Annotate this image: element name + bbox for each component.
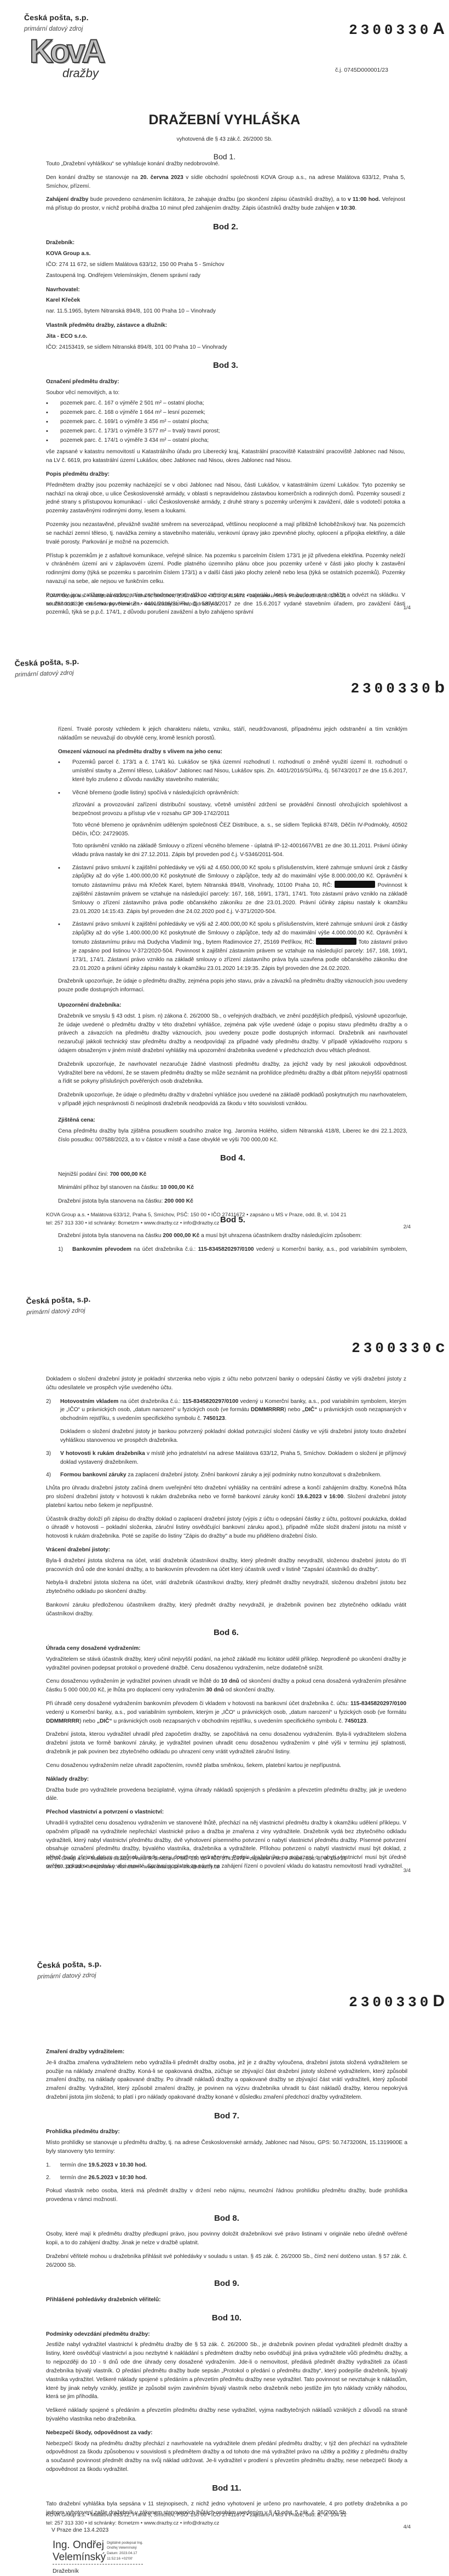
description-continuation: řízení. Trvalé porosty vzhledem k jejich… (58, 725, 407, 743)
bod8-paragraph: Osoby, které mají k předmětu dražby před… (46, 2230, 407, 2248)
footer-line-1: KOVA Group a.s. • Malátova 633/12, Praha… (46, 2511, 407, 2519)
description-paragraph: Předmětem dražby jsou pozemky nacházejíc… (46, 481, 405, 516)
costs-text: Dražba bude pro vydražitele provedena be… (46, 1786, 406, 1804)
creditor-claims-label: Přihlášené pohledávky dražebních věřitel… (46, 2296, 407, 2304)
bod3-heading: Bod 3. (46, 359, 405, 372)
handover-paragraph: Veškeré náklady spojené s předáním a pře… (46, 2406, 407, 2424)
deposit: Dražební jistota byla stanovena na částk… (58, 1197, 407, 1206)
min-increment: Minimální příhoz byl stanoven na částku:… (58, 1183, 407, 1192)
page-4: Česká pošta, s.p. primární datový zdroj … (0, 1902, 449, 2572)
stamp-number: 2300330A (349, 16, 445, 42)
inspection-label: Prohlídka předmětu dražby: (46, 2128, 407, 2136)
payment-paragraph: Cenu dosaženou vydražením je vydražitel … (46, 1677, 406, 1695)
handover-paragraph: Jestliže nabyl vydražitel vlastnictví k … (46, 2341, 407, 2401)
page-header: Česká pošta, s.p. primární datový zdroj … (24, 12, 102, 83)
payment-method-1-note: Dokladem o složení dražební jistoty je p… (46, 1375, 406, 1393)
page-4-content: Zmaření dražby vydražitelem: Je-li dražb… (46, 2048, 407, 2576)
payment-methods: 2)Hotovostním vkladem na účet dražebníka… (46, 1397, 406, 1480)
price-label: Zjištěná cena: (58, 1116, 407, 1125)
page-3-content: Dokladem o složení dražební jistoty je p… (46, 1375, 406, 1876)
page-header: Česká pošta, s.p. primární datový zdroj (14, 656, 79, 680)
auctioneer-label: Dražebník: (46, 239, 405, 247)
inspection-date: 1.termín dne 19.5.2023 v 10.30 hod. (46, 2161, 407, 2170)
signer-role: Dražebník (53, 2567, 407, 2575)
encumbrances-label: Omezení váznoucí na předmětu dražby s vl… (58, 748, 407, 756)
auctioneer-name: KOVA Group a.s. (46, 250, 405, 258)
payment-paragraph: Při úhradě ceny dosažené vydražením bank… (46, 1700, 406, 1725)
warning-label: Upozornění dražebníka: (58, 1001, 407, 1010)
proposer-name: Karel Křeček (46, 296, 405, 305)
signature-metadata: Digitálně podepsal Ing. Ondřej Velemínsk… (107, 2540, 143, 2562)
owner-label: Vlastník předmětu dražby, zástavce a dlu… (46, 321, 405, 330)
footer-line-2: tel: 257 313 330 • id schránky: 8cmetzm … (46, 2519, 407, 2527)
stamp-number: 2300330D (349, 1989, 445, 2014)
warning-paragraph: Dražebník upozorňuje, že navrhovatel nez… (58, 1060, 407, 1086)
owner-name: Jita - ECO s.r.o. (46, 332, 405, 341)
inspection-date: 2.termín dne 26.5.2023 v 10:30 hod. (46, 2174, 407, 2182)
description-paragraph: Přístup k pozemkům je z asfaltové komuni… (46, 552, 405, 586)
designation-intro: Soubor věcí nemovitých, a to: (46, 389, 405, 397)
bod1-intro: Touto „Dražební vyhláškou“ se vyhlašuje … (46, 160, 405, 169)
payment-method-3: 3)V hotovosti k rukám dražebníka v místě… (46, 1449, 406, 1467)
post-subtitle: primární datový zdroj (26, 1306, 91, 1318)
description-label: Popis předmětu dražby: (46, 470, 405, 479)
warning-paragraph: Dražebník ve smyslu § 43 odst. 1 písm. n… (58, 1012, 407, 1055)
bod2-heading: Bod 2. (46, 221, 405, 233)
encumbrance-item: Zástavní právo smluvní k zajištění pohle… (58, 864, 407, 916)
owner-info: IČO: 24153419, se sídlem Nitranská 894/8… (46, 343, 405, 352)
risk-label: Nebezpečí škody, odpovědnost za vady: (46, 2429, 407, 2438)
frustration-label: Zmaření dražby vydražitelem: (46, 2048, 407, 2057)
page-footer: KOVA Group a.s. • Malátova 633/12, Praha… (46, 592, 407, 609)
deposit-intro: Dražební jistota byla stanovena na částk… (58, 1232, 407, 1240)
refund-paragraph: Nebyla-li dražební jistota složena na úč… (46, 1579, 406, 1596)
stamp-number: 2300330c (352, 1335, 445, 1360)
page-3: Česká pošta, s.p. primární datový zdroj … (0, 1254, 449, 1902)
post-subtitle: primární datový zdroj (37, 1971, 102, 1982)
page-number: 2/4 (404, 1223, 411, 1231)
frustration-text: Je-li dražba zmařena vydražitelem nebo v… (46, 2059, 407, 2102)
handover-label: Podmínky odevzdání předmětu dražby: (46, 2330, 407, 2339)
title-block: DRAŽEBNÍ VYHLÁŠKA vyhotovená dle § 43 zá… (0, 109, 449, 163)
proposer-info: nar. 11.5.1965, bytem Nitranská 894/8, 1… (46, 307, 405, 316)
footer-line-1: KOVA Group a.s. • Malátova 633/12, Praha… (46, 1211, 407, 1219)
footer-line-2: tel: 257 313 330 • id schránky: 8cmetzm … (46, 1863, 407, 1871)
post-name: Česká pošta, s.p. (14, 656, 79, 670)
bod11-heading: Bod 11. (46, 2482, 407, 2494)
post-subtitle: primární datový zdroj (15, 668, 79, 680)
inspection-dates: 1.termín dne 19.5.2023 v 10.30 hod. 2.te… (46, 2161, 407, 2183)
proposer-label: Navrhovatel: (46, 286, 405, 294)
bod10-heading: Bod 10. (46, 2312, 407, 2324)
bod7-heading: Bod 7. (46, 2110, 407, 2122)
encumbrance-list: Pozemků parcel č. 173/1 a č. 174/1 kú. L… (58, 758, 407, 973)
auctioneer-rep: Zastoupená Ing. Ondřejem Velemínským, čl… (46, 272, 405, 280)
document-title: DRAŽEBNÍ VYHLÁŠKA (0, 109, 449, 131)
warning-paragraph: Dražebník upozorňuje, že údaje o předmět… (58, 1091, 407, 1108)
inspection-note: Pokud vlastník nebo osoba, která má před… (46, 2187, 407, 2204)
encumbrance-item: Pozemků parcel č. 173/1 a č. 174/1 kú. L… (58, 758, 407, 784)
encumbrance-item: Zástavní právo smluvní k zajištění pohle… (58, 920, 407, 973)
page-number: 4/4 (404, 2523, 411, 2531)
refund-paragraph: Bankovní záruku předloženou účastníkem d… (46, 1601, 406, 1619)
kova-logo: KovA dražby (30, 37, 102, 83)
designation-label: Označení předmětu dražby: (46, 378, 405, 386)
costs-label: Náklady dražby: (46, 1775, 406, 1784)
encumbrance-subparagraph: Toto oprávnění vzniklo na základě Smlouv… (72, 842, 407, 859)
parcel-item: pozemek parc. č. 168 o výměře 1 664 m² –… (46, 408, 405, 417)
redacted-block (335, 881, 375, 888)
risk-text: Nebezpečí škody na předmětu dražby přech… (46, 2440, 407, 2474)
bod1-start: Zahájení dražby bude provedeno oznámením… (46, 195, 405, 213)
document-subtitle: vyhotovená dle § 43 zák.č. 26/2000 Sb. (0, 135, 449, 144)
deposit-deadline: Lhůta pro úhradu dražební jistoty začíná… (46, 1484, 406, 1510)
bod1-date: Den konání dražby se stanovuje na 20. če… (46, 174, 405, 191)
page-footer: KOVA Group a.s. • Malátova 633/12, Praha… (46, 1211, 407, 1228)
logo-icon: KovA (30, 37, 102, 66)
payment-method-4: 4)Formou bankovní záruky za zaplacení dr… (46, 1471, 406, 1480)
deposit-proof: Účastník dražby doloží při zápisu do dra… (46, 1515, 406, 1541)
encumbrance-subparagraph: zřizování a provozování zařízení distrib… (72, 801, 407, 818)
encumbrance-item: Věcné břemeno (podle listiny) spočívá v … (58, 789, 407, 859)
payment-method-2: 2)Hotovostním vkladem na účet dražebníka… (46, 1397, 406, 1445)
footer-line-2: tel: 257 313 330 • id schránky: 8cmetzm … (46, 1219, 407, 1227)
page-number: 3/4 (404, 1867, 411, 1875)
page-header: Česká pošta, s.p. primární datový zdroj (37, 1958, 102, 1982)
page-footer: KOVA Group a.s. • Malátova 633/12, Praha… (46, 2511, 407, 2528)
price-text: Cena předmětu dražby byla zjištěna posud… (58, 1127, 407, 1145)
payment-paragraph: Cenu dosaženou vydražením nelze uhradit … (46, 1761, 406, 1770)
bod4-heading: Bod 4. (58, 1152, 407, 1164)
page-number: 1/4 (404, 604, 411, 612)
parcel-item: pozemek parc. č. 167 o výměře 2 501 m² –… (46, 399, 405, 408)
page-2-content: řízení. Trvalé porosty vzhledem k jejich… (58, 725, 407, 1276)
min-bid: Nejnižší podání činí: 700 000,00 Kč (58, 1170, 407, 1179)
footer-line-1: KOVA Group a.s. • Malátova 633/12, Praha… (46, 1855, 407, 1863)
description-paragraph: Pozemky jsou nezastavěné, převážně svaži… (46, 521, 405, 546)
footer-line-2: tel: 257 313 330 • id schránky: 8cmetzm … (46, 600, 407, 608)
refund-label: Vrácení dražební jistoty: (46, 1546, 406, 1555)
logo-subtitle: dražby (62, 64, 102, 83)
bod8-paragraph: Dražební věřitelé mohou u dražebníka při… (46, 2252, 407, 2270)
page-2: Česká pošta, s.p. primární datový zdroj … (0, 616, 449, 1254)
page-1: Česká pošta, s.p. primární datový zdroj … (0, 0, 449, 616)
digital-signature: Ing. Ondřej Velemínský Digitálně podepsa… (53, 2539, 407, 2576)
parcel-item: pozemek parc. č. 173/1 o výměře 3 577 m²… (46, 427, 405, 436)
auctioneer-id: IČO: 274 11 672, se sídlem Malátova 633/… (46, 261, 405, 269)
post-name: Česká pošta, s.p. (26, 1293, 90, 1308)
stamp-number: 2300330b (350, 675, 445, 701)
page-header: Česká pošta, s.p. primární datový zdroj (26, 1293, 91, 1318)
parcel-item: pozemek parc. č. 169/1 o výměře 3 456 m²… (46, 418, 405, 426)
refund-paragraph: Byla-li dražební jistota složena na účet… (46, 1557, 406, 1574)
payment-paragraph: Vydražitelem se stává účastník dražby, k… (46, 1655, 406, 1673)
notice-data: Dražebník upozorňuje, že údaje o předmět… (58, 977, 407, 995)
parcel-list: pozemek parc. č. 167 o výměře 2 501 m² –… (46, 399, 405, 444)
inspection-text: Místo prohlídky se stanovuje u předmětu … (46, 2139, 407, 2156)
payment-label: Úhrada ceny dosažené vydražením: (46, 1644, 406, 1653)
ownership-label: Přechod vlastnictví a potvrzení o vlastn… (46, 1808, 406, 1817)
bod6-heading: Bod 6. (46, 1626, 406, 1639)
payment-paragraph: Dražební jistota, kterou vydražitel uhra… (46, 1730, 406, 1756)
encumbrance-subparagraph: Toto věcné břemeno je oprávněním udělený… (72, 821, 407, 839)
case-number: č.j. 0745D000001/23 (335, 66, 388, 74)
post-name: Česká pošta, s.p. (24, 12, 102, 24)
bod8-heading: Bod 8. (46, 2212, 407, 2225)
page-footer: KOVA Group a.s. • Malátova 633/12, Praha… (46, 1855, 407, 1872)
registry-text: vše zapsané v katastru nemovitostí u Kat… (46, 448, 405, 465)
parcel-item: pozemek parc. č. 174/1 o výměře 3 434 m²… (46, 436, 405, 445)
page-1-content: Touto „Dražební vyhláškou“ se vyhlašuje … (46, 160, 405, 622)
footer-line-1: KOVA Group a.s. • Malátova 633/12, Praha… (46, 592, 407, 600)
bod9-heading: Bod 9. (46, 2277, 407, 2290)
redacted-block (316, 938, 356, 945)
signer-name: Ing. Ondřej Velemínský (53, 2539, 106, 2564)
post-name: Česká pošta, s.p. (37, 1958, 101, 1972)
payment-method-2-note: Dokladem o složení dražební jistoty je b… (60, 1428, 406, 1445)
